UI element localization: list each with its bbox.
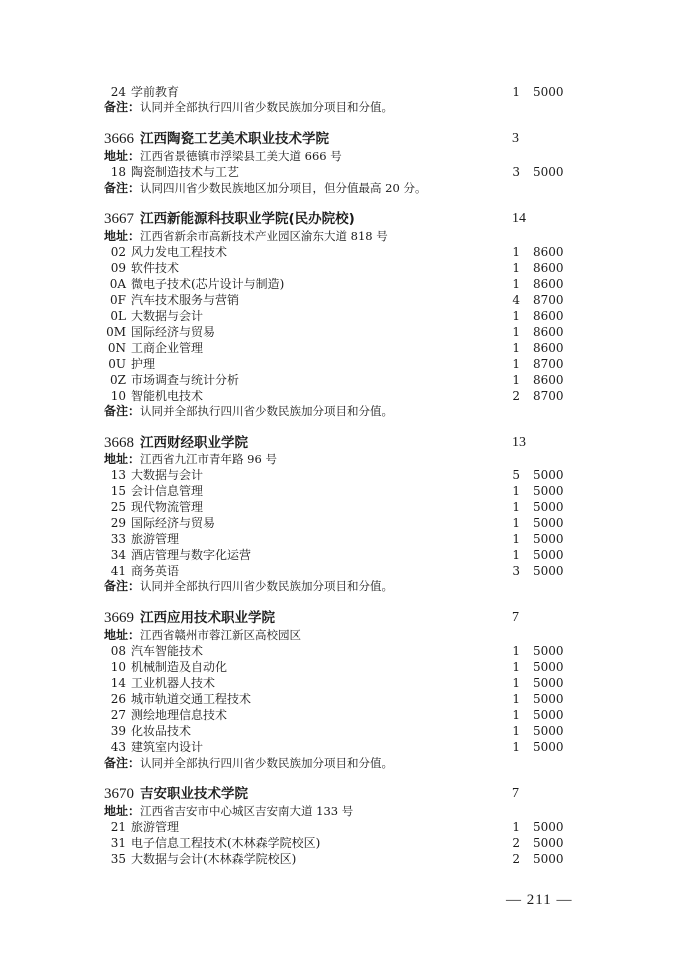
note-text: 认同并全部执行四川省少数民族加分项目和分值。 bbox=[140, 756, 393, 770]
major-fee: 5000 bbox=[533, 835, 564, 851]
major-name: 现代物流管理 bbox=[131, 499, 203, 515]
major-fee: 5000 bbox=[533, 659, 564, 675]
major-row: 10机械制造及自动化15000 bbox=[104, 659, 564, 675]
major-row: 18陶瓷制造技术与工艺 3 5000 bbox=[104, 164, 564, 180]
address-label: 地址： bbox=[104, 804, 140, 818]
address-text: 江西省九江市青年路 96 号 bbox=[140, 452, 277, 466]
major-name: 化妆品技术 bbox=[131, 723, 191, 739]
major-name: 旅游管理 bbox=[131, 531, 179, 547]
major-fee: 5000 bbox=[533, 675, 564, 691]
major-name: 会计信息管理 bbox=[131, 483, 203, 499]
major-fee: 8700 bbox=[533, 356, 564, 372]
major-fee: 8600 bbox=[533, 260, 564, 276]
major-row: 25现代物流管理15000 bbox=[104, 499, 564, 515]
major-fee: 8600 bbox=[533, 276, 564, 292]
address-text: 江西省吉安市中心城区吉安南大道 133 号 bbox=[140, 804, 353, 818]
major-count: 5 bbox=[508, 467, 520, 483]
major-fee: 8600 bbox=[533, 244, 564, 260]
major-fee: 5000 bbox=[533, 515, 564, 531]
major-count: 3 bbox=[508, 164, 520, 180]
major-count: 1 bbox=[508, 515, 520, 531]
address-label: 地址： bbox=[104, 452, 140, 466]
major-fee: 8600 bbox=[533, 340, 564, 356]
note-text: 认同四川省少数民族地区加分项目，但分值最高 20 分。 bbox=[140, 181, 426, 195]
major-fee: 5000 bbox=[533, 643, 564, 659]
major-name: 大数据与会计 bbox=[131, 467, 203, 483]
school-name: 吉安职业技术学院 bbox=[140, 786, 248, 802]
major-row: 14工业机器人技术15000 bbox=[104, 675, 564, 691]
school-name: 江西财经职业学院 bbox=[140, 435, 248, 451]
school-total: 3 bbox=[512, 129, 519, 149]
page-number: — 211 — bbox=[506, 892, 572, 909]
major-code: 09 bbox=[104, 260, 126, 276]
major-count: 1 bbox=[508, 244, 520, 260]
major-code: 43 bbox=[104, 739, 126, 755]
major-fee: 5000 bbox=[533, 851, 564, 867]
major-count: 1 bbox=[508, 531, 520, 547]
note-label: 备注： bbox=[104, 756, 140, 770]
school-total: 14 bbox=[512, 209, 526, 229]
major-name: 大数据与会计 bbox=[131, 308, 203, 324]
major-row: 0F汽车技术服务与营销48700 bbox=[104, 292, 564, 308]
major-name: 商务英语 bbox=[131, 563, 179, 579]
major-name: 机械制造及自动化 bbox=[131, 659, 227, 675]
major-row: 33旅游管理15000 bbox=[104, 531, 564, 547]
major-name: 陶瓷制造技术与工艺 bbox=[131, 164, 239, 180]
major-row: 43建筑室内设计15000 bbox=[104, 739, 564, 755]
major-fee: 5000 bbox=[533, 819, 564, 835]
major-row: 10智能机电技术28700 bbox=[104, 388, 564, 404]
major-code: 15 bbox=[104, 483, 126, 499]
major-fee: 8700 bbox=[533, 388, 564, 404]
school-header: 3670吉安职业技术学院 7 bbox=[104, 784, 564, 804]
major-count: 2 bbox=[508, 851, 520, 867]
major-count: 1 bbox=[508, 276, 520, 292]
address-text: 江西省赣州市蓉江新区高校园区 bbox=[140, 628, 301, 642]
major-name: 大数据与会计(木林森学院校区) bbox=[131, 851, 296, 867]
major-code: 0M bbox=[104, 324, 126, 340]
major-row: 31电子信息工程技术(木林森学院校区)25000 bbox=[104, 835, 564, 851]
major-fee: 5000 bbox=[533, 707, 564, 723]
school-name: 江西陶瓷工艺美术职业技术学院 bbox=[140, 131, 329, 147]
address-line: 地址：江西省景德镇市浮梁县工美大道 666 号 bbox=[104, 148, 342, 164]
major-count: 1 bbox=[508, 707, 520, 723]
school-header: 3667江西新能源科技职业学院(民办院校) 14 bbox=[104, 209, 564, 229]
note-label: 备注： bbox=[104, 404, 140, 418]
major-code: 14 bbox=[104, 675, 126, 691]
major-row: 27测绘地理信息技术15000 bbox=[104, 707, 564, 723]
major-count: 4 bbox=[508, 292, 520, 308]
major-name: 学前教育 bbox=[131, 84, 179, 100]
major-row: 26城市轨道交通工程技术15000 bbox=[104, 691, 564, 707]
major-row: 0U护理18700 bbox=[104, 356, 564, 372]
major-name: 汽车智能技术 bbox=[131, 643, 203, 659]
major-count: 1 bbox=[508, 643, 520, 659]
address-line: 地址：江西省吉安市中心城区吉安南大道 133 号 bbox=[104, 803, 353, 819]
major-count: 1 bbox=[508, 659, 520, 675]
major-count: 3 bbox=[508, 563, 520, 579]
major-count: 2 bbox=[508, 388, 520, 404]
major-count: 1 bbox=[508, 356, 520, 372]
major-row: 0M国际经济与贸易18600 bbox=[104, 324, 564, 340]
major-code: 0L bbox=[104, 308, 126, 324]
major-count: 1 bbox=[508, 723, 520, 739]
major-fee: 5000 bbox=[533, 483, 564, 499]
major-code: 10 bbox=[104, 659, 126, 675]
major-fee: 5000 bbox=[533, 691, 564, 707]
major-name: 电子信息工程技术(木林森学院校区) bbox=[131, 835, 320, 851]
note-line: 备注：认同并全部执行四川省少数民族加分项目和分值。 bbox=[104, 578, 393, 594]
major-row: 02风力发电工程技术18600 bbox=[104, 244, 564, 260]
major-code: 13 bbox=[104, 467, 126, 483]
school-id: 3669 bbox=[104, 610, 134, 626]
major-count: 1 bbox=[508, 675, 520, 691]
major-code: 41 bbox=[104, 563, 126, 579]
major-fee: 5000 bbox=[533, 467, 564, 483]
major-row: 0A微电子技术(芯片设计与制造)18600 bbox=[104, 276, 564, 292]
address-line: 地址：江西省九江市青年路 96 号 bbox=[104, 451, 277, 467]
address-label: 地址： bbox=[104, 628, 140, 642]
major-count: 1 bbox=[508, 739, 520, 755]
major-count: 1 bbox=[508, 324, 520, 340]
school-id: 3667 bbox=[104, 211, 134, 227]
major-code: 0F bbox=[104, 292, 126, 308]
major-code: 29 bbox=[104, 515, 126, 531]
school-id: 3666 bbox=[104, 131, 134, 147]
major-fee: 5000 bbox=[533, 723, 564, 739]
major-fee: 5000 bbox=[533, 563, 564, 579]
major-name: 护理 bbox=[131, 356, 155, 372]
major-fee: 8700 bbox=[533, 292, 564, 308]
school-total: 7 bbox=[512, 784, 519, 804]
major-count: 1 bbox=[508, 340, 520, 356]
major-name: 酒店管理与数字化运营 bbox=[131, 547, 251, 563]
major-fee: 5000 bbox=[533, 84, 564, 100]
major-name: 软件技术 bbox=[131, 260, 179, 276]
major-code: 33 bbox=[104, 531, 126, 547]
major-code: 34 bbox=[104, 547, 126, 563]
note-line: 备注：认同并全部执行四川省少数民族加分项目和分值。 bbox=[104, 99, 393, 115]
school-name: 江西新能源科技职业学院(民办院校) bbox=[140, 211, 355, 227]
major-code: 26 bbox=[104, 691, 126, 707]
address-label: 地址： bbox=[104, 229, 140, 243]
note-line: 备注：认同四川省少数民族地区加分项目，但分值最高 20 分。 bbox=[104, 180, 426, 196]
major-code: 35 bbox=[104, 851, 126, 867]
major-code: 27 bbox=[104, 707, 126, 723]
major-code: 02 bbox=[104, 244, 126, 260]
major-row: 29国际经济与贸易15000 bbox=[104, 515, 564, 531]
address-label: 地址： bbox=[104, 149, 140, 163]
major-code: 0Z bbox=[104, 372, 126, 388]
major-count: 1 bbox=[508, 499, 520, 515]
note-text: 认同并全部执行四川省少数民族加分项目和分值。 bbox=[140, 404, 393, 418]
school-total: 7 bbox=[512, 608, 519, 628]
major-name: 城市轨道交通工程技术 bbox=[131, 691, 251, 707]
address-line: 地址：江西省新余市高新技术产业园区渝东大道 818 号 bbox=[104, 228, 388, 244]
major-code: 31 bbox=[104, 835, 126, 851]
major-fee: 5000 bbox=[533, 499, 564, 515]
major-code: 0A bbox=[104, 276, 126, 292]
major-name: 微电子技术(芯片设计与制造) bbox=[131, 276, 284, 292]
major-row: 09软件技术18600 bbox=[104, 260, 564, 276]
major-row: 34酒店管理与数字化运营15000 bbox=[104, 547, 564, 563]
major-count: 1 bbox=[508, 372, 520, 388]
major-code: 21 bbox=[104, 819, 126, 835]
major-count: 1 bbox=[508, 547, 520, 563]
major-name: 工业机器人技术 bbox=[131, 675, 215, 691]
major-fee: 5000 bbox=[533, 164, 564, 180]
major-row: 39化妆品技术15000 bbox=[104, 723, 564, 739]
major-row: 13大数据与会计55000 bbox=[104, 467, 564, 483]
major-count: 1 bbox=[508, 84, 520, 100]
major-row: 41商务英语35000 bbox=[104, 563, 564, 579]
school-header: 3668江西财经职业学院 13 bbox=[104, 433, 564, 453]
major-row: 21旅游管理15000 bbox=[104, 819, 564, 835]
major-code: 25 bbox=[104, 499, 126, 515]
major-code: 10 bbox=[104, 388, 126, 404]
major-name: 国际经济与贸易 bbox=[131, 324, 215, 340]
major-count: 2 bbox=[508, 835, 520, 851]
note-line: 备注：认同并全部执行四川省少数民族加分项目和分值。 bbox=[104, 755, 393, 771]
major-count: 1 bbox=[508, 483, 520, 499]
major-name: 工商企业管理 bbox=[131, 340, 203, 356]
major-code: 24 bbox=[104, 84, 126, 100]
major-code: 0N bbox=[104, 340, 126, 356]
major-name: 测绘地理信息技术 bbox=[131, 707, 227, 723]
major-row: 08汽车智能技术15000 bbox=[104, 643, 564, 659]
note-label: 备注： bbox=[104, 579, 140, 593]
major-fee: 8600 bbox=[533, 324, 564, 340]
school-name: 江西应用技术职业学院 bbox=[140, 610, 275, 626]
school-header: 3669江西应用技术职业学院 7 bbox=[104, 608, 564, 628]
school-header: 3666江西陶瓷工艺美术职业技术学院 3 bbox=[104, 129, 564, 149]
major-fee: 5000 bbox=[533, 531, 564, 547]
address-text: 江西省景德镇市浮梁县工美大道 666 号 bbox=[140, 149, 342, 163]
major-name: 汽车技术服务与营销 bbox=[131, 292, 239, 308]
major-count: 1 bbox=[508, 260, 520, 276]
major-code: 0U bbox=[104, 356, 126, 372]
school-total: 13 bbox=[512, 433, 526, 453]
major-fee: 8600 bbox=[533, 372, 564, 388]
major-row: 24学前教育 1 5000 bbox=[104, 84, 564, 100]
major-row: 15会计信息管理15000 bbox=[104, 483, 564, 499]
school-id: 3670 bbox=[104, 786, 134, 802]
major-code: 39 bbox=[104, 723, 126, 739]
note-line: 备注：认同并全部执行四川省少数民族加分项目和分值。 bbox=[104, 403, 393, 419]
major-name: 市场调查与统计分析 bbox=[131, 372, 239, 388]
major-fee: 5000 bbox=[533, 547, 564, 563]
school-id: 3668 bbox=[104, 435, 134, 451]
major-count: 1 bbox=[508, 819, 520, 835]
major-name: 国际经济与贸易 bbox=[131, 515, 215, 531]
note-text: 认同并全部执行四川省少数民族加分项目和分值。 bbox=[140, 579, 393, 593]
major-row: 0N工商企业管理18600 bbox=[104, 340, 564, 356]
major-count: 1 bbox=[508, 308, 520, 324]
major-row: 0Z市场调查与统计分析18600 bbox=[104, 372, 564, 388]
address-line: 地址：江西省赣州市蓉江新区高校园区 bbox=[104, 627, 301, 643]
major-code: 18 bbox=[104, 164, 126, 180]
note-label: 备注： bbox=[104, 100, 140, 114]
document-page: 24学前教育 1 5000 备注：认同并全部执行四川省少数民族加分项目和分值。 … bbox=[0, 0, 680, 961]
major-name: 旅游管理 bbox=[131, 819, 179, 835]
major-fee: 5000 bbox=[533, 739, 564, 755]
major-row: 0L大数据与会计18600 bbox=[104, 308, 564, 324]
major-count: 1 bbox=[508, 691, 520, 707]
address-text: 江西省新余市高新技术产业园区渝东大道 818 号 bbox=[140, 229, 388, 243]
major-name: 建筑室内设计 bbox=[131, 739, 203, 755]
major-fee: 8600 bbox=[533, 308, 564, 324]
major-row: 35大数据与会计(木林森学院校区)25000 bbox=[104, 851, 564, 867]
note-label: 备注： bbox=[104, 181, 140, 195]
major-name: 风力发电工程技术 bbox=[131, 244, 227, 260]
note-text: 认同并全部执行四川省少数民族加分项目和分值。 bbox=[140, 100, 393, 114]
major-code: 08 bbox=[104, 643, 126, 659]
major-name: 智能机电技术 bbox=[131, 388, 203, 404]
